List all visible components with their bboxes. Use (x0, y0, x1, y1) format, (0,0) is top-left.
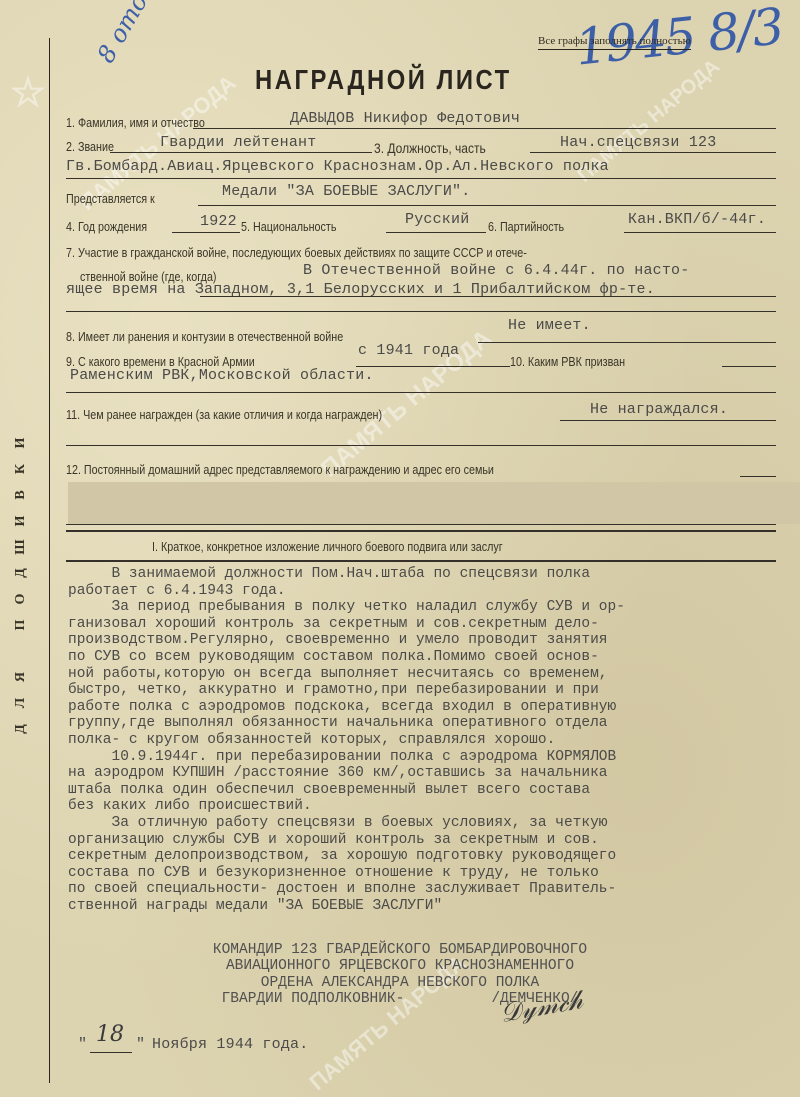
side-char: И (13, 511, 39, 531)
page-title: НАГРАДНОЙ ЛИСТ (255, 64, 512, 96)
body-line: 10.9.1944г. при перебазировании полка с … (68, 749, 798, 766)
underline (66, 524, 776, 525)
field-2-label: 2. Звание (66, 140, 114, 154)
body-line: работе полка с аэродромов подскока, всег… (68, 699, 798, 716)
body-line: состава по СУВ и безукоризненное отношен… (68, 865, 798, 882)
date-open-quote: " (78, 1036, 87, 1053)
underline (66, 311, 776, 312)
nominated-label: Представляется к (66, 192, 155, 206)
underline (198, 205, 776, 206)
star-icon: ☆ (10, 70, 46, 116)
side-char: Л (13, 693, 39, 713)
field-4-value: 1922 (200, 213, 237, 230)
field-11-value: Не награждался. (590, 401, 728, 418)
signature-line: АВИАЦИОННОГО ЯРЦЕВСКОГО КРАСНОЗНАМЕННОГО (140, 958, 660, 974)
side-char: Я (13, 667, 39, 687)
field-2-value: Гвардии лейтенант (160, 134, 316, 151)
body-line: ственной награды медали "ЗА БОЕВЫЕ ЗАСЛУ… (68, 898, 798, 915)
section-heading: I. Краткое, конкретное изложение личного… (152, 540, 503, 554)
signature-line: КОМАНДИР 123 ГВАРДЕЙСКОГО БОМБАРДИРОВОЧН… (140, 942, 660, 958)
body-line: полка- с кругом обязанностей которых, сп… (68, 732, 798, 749)
date-close-quote: " (136, 1036, 145, 1053)
field-3-label: 3. Должность, часть (374, 140, 486, 156)
underline (386, 232, 486, 233)
body-line: В занимаемой должности Пом.Нач.штаба по … (68, 566, 798, 583)
field-5-label: 5. Национальность (241, 220, 336, 234)
side-char: Ш (13, 537, 39, 557)
field-10-value: Раменским РВК,Московской области. (70, 367, 374, 384)
field-8-label: 8. Имеет ли ранения и контузии в отечест… (66, 330, 343, 344)
field-12-label: 12. Постоянный домашний адрес представля… (66, 463, 494, 477)
date-text: Ноября 1944 года. (152, 1036, 308, 1053)
underline (530, 152, 776, 153)
field-1-label: 1. Фамилия, имя и отчество (66, 116, 205, 130)
field-11-label: 11. Чем ранее награжден (за какие отличи… (66, 408, 382, 422)
body-line: За период пребывания в полку четко налад… (68, 599, 798, 616)
body-line: без каких либо происшествий. (68, 798, 798, 815)
underline (110, 152, 372, 153)
field-6-value: Кан.ВКП/б/-44г. (628, 211, 766, 228)
handwritten-note: 8 отд (92, 0, 154, 68)
body-line: ганизовал хороший контроль за секретным … (68, 616, 798, 633)
side-char: К (13, 459, 39, 479)
body-line: по своей специальности- достоен и вполне… (68, 881, 798, 898)
side-char: И (13, 433, 39, 453)
field-1-value: ДАВЫДОВ Никифор Федотович (290, 110, 520, 127)
body-line: на аэродром КУПШИН /расстояние 360 км/,о… (68, 765, 798, 782)
field-7-label: 7. Участие в гражданской войне, последую… (66, 246, 527, 260)
underline (172, 232, 240, 233)
side-char (13, 641, 39, 661)
underline (200, 296, 776, 297)
date-day: 18 (96, 1022, 124, 1047)
underline (90, 1052, 132, 1053)
body-line: ной работы,которую он всегда выполняет н… (68, 666, 798, 683)
side-margin-label: И К В И Ш Д О П Я Л Д (16, 430, 36, 742)
merit-description: В занимаемой должности Пом.Нач.штаба по … (68, 566, 798, 914)
side-char: В (13, 485, 39, 505)
side-char: Д (13, 563, 39, 583)
side-char: Д (13, 719, 39, 739)
underline (66, 445, 776, 446)
body-line: быстро, четко, аккуратно и грамотно,при … (68, 682, 798, 699)
underline (624, 232, 776, 233)
underline (740, 476, 776, 477)
redacted-address (68, 482, 800, 524)
field-6-label: 6. Партийность (488, 220, 564, 234)
signature-line: ОРДЕНА АЛЕКСАНДРА НЕВСКОГО ПОЛКА (140, 975, 660, 991)
underline (356, 366, 510, 367)
field-8-value: Не имеет. (508, 317, 591, 334)
section-divider (66, 530, 776, 532)
field-3-value: Нач.спецсвязи 123 (560, 134, 716, 151)
underline (560, 420, 776, 421)
nominated-value: Медали "ЗА БОЕВЫЕ ЗАСЛУГИ". (222, 183, 470, 200)
body-line: секретным делопроизводством, за хорошую … (68, 848, 798, 865)
body-line: производством.Регулярно, своевременно и … (68, 632, 798, 649)
field-5-value: Русский (405, 211, 469, 228)
field-10-label: 10. Каким РВК призван (510, 355, 625, 369)
body-line: группу,где выполнял обязанности начальни… (68, 715, 798, 732)
field-9-value: с 1941 года (358, 342, 459, 359)
body-line: штаба полка один обеспечил своевременный… (68, 782, 798, 799)
underline (478, 342, 776, 343)
fill-all-fields-note: Все графы заполнять полностью (538, 35, 691, 50)
field-4-label: 4. Год рождения (66, 220, 147, 234)
body-line: по СУВ со всем руководящим составом полк… (68, 649, 798, 666)
underline (722, 366, 776, 367)
body-line: работает с 6.4.1943 года. (68, 583, 798, 600)
underline (66, 178, 776, 179)
margin-rule (49, 38, 50, 1083)
body-line: За отличную работу спецсвязи в боевых ус… (68, 815, 798, 832)
underline (66, 392, 776, 393)
side-char: П (13, 615, 39, 635)
body-line: организацию службы СУВ и хороший контрол… (68, 832, 798, 849)
field-7-value: В Отечественной войне с 6.4.44г. по наст… (303, 262, 689, 279)
section-divider (66, 560, 776, 562)
side-char: О (13, 589, 39, 609)
underline (193, 128, 776, 129)
field-3-value-continued: Гв.Бомбард.Авиац.Ярцевского Краснознам.О… (66, 158, 609, 175)
